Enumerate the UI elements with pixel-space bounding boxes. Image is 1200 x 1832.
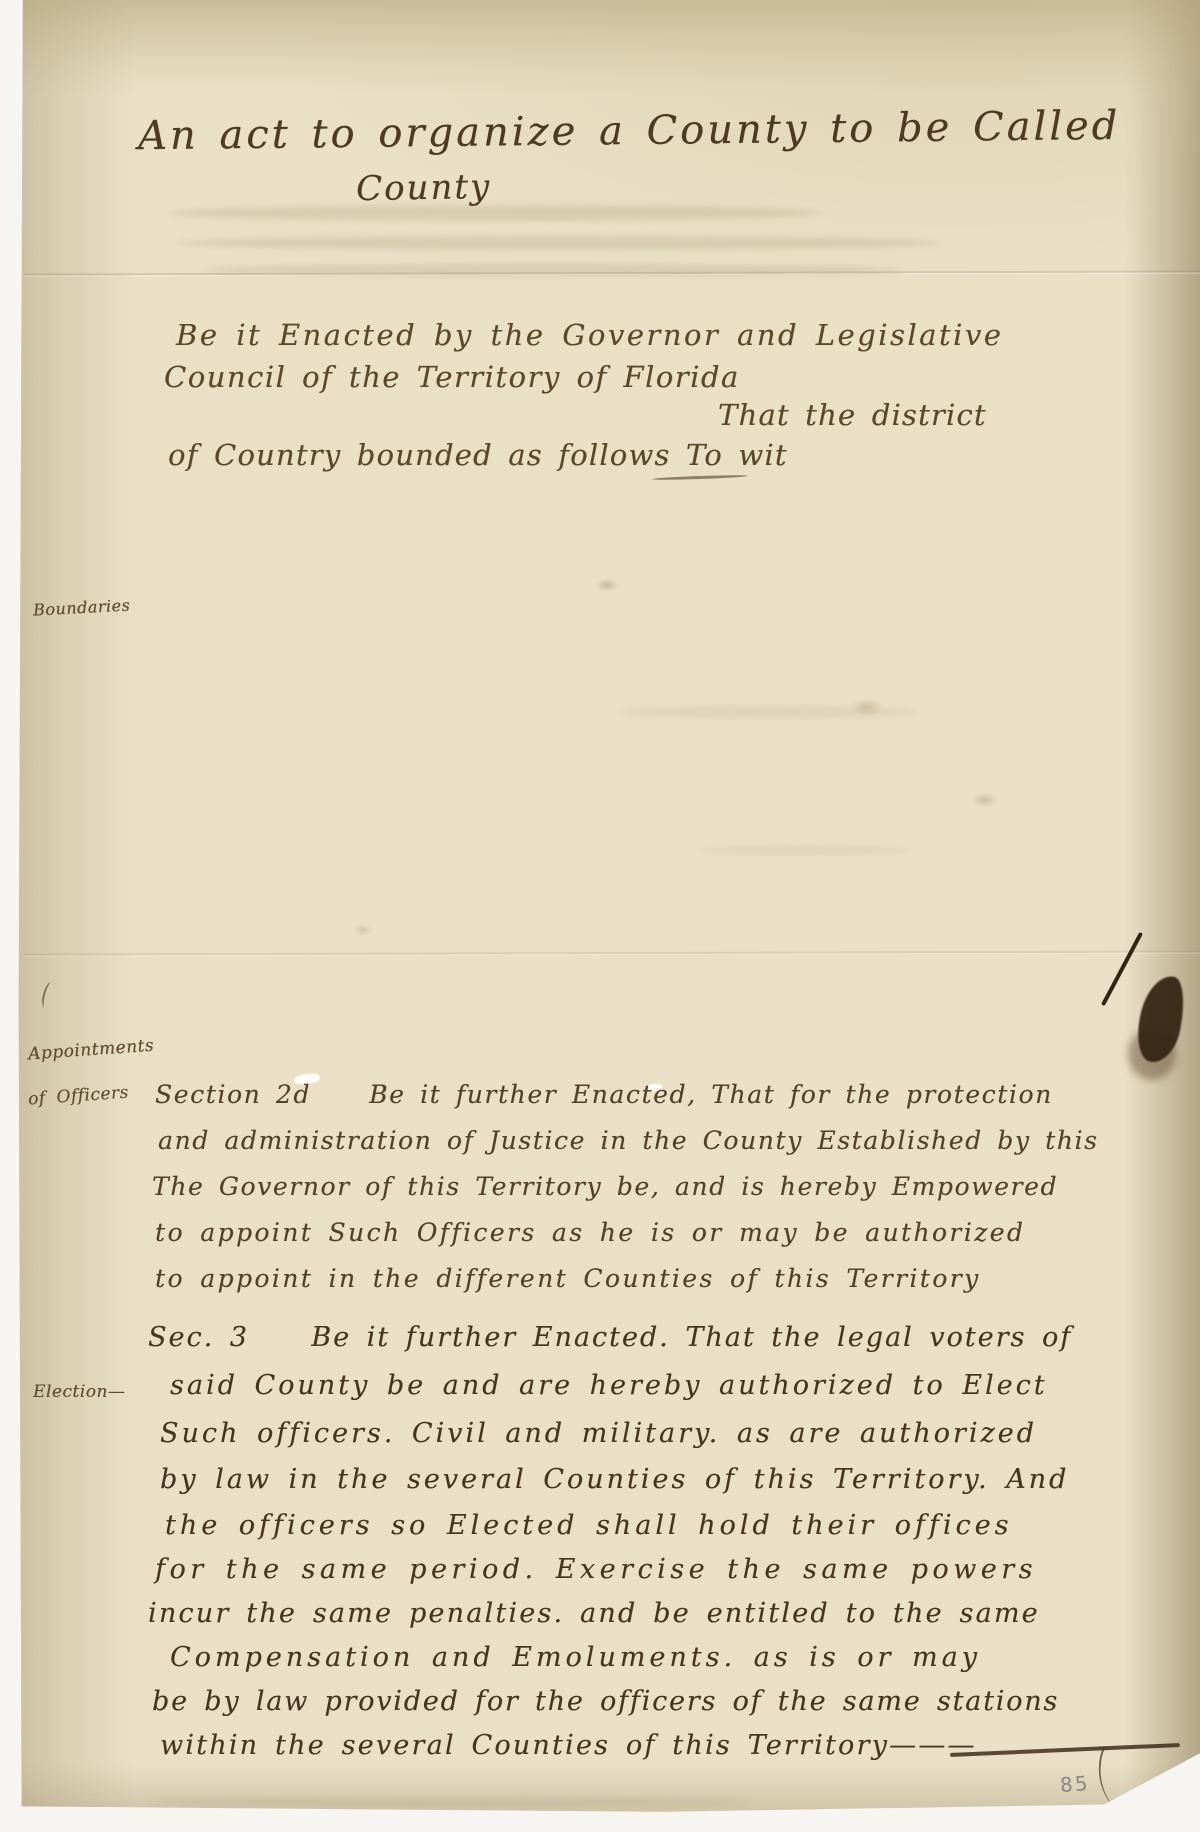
bleedthrough-ghost-text (202, 264, 902, 276)
bleedthrough-ghost-text (170, 205, 820, 221)
enacting-clause-line: Be it Enacted by the Governor and Legisl… (176, 318, 1003, 352)
section3-line: within the several Counties of this Terr… (160, 1730, 977, 1761)
section3-line: Such officers. Civil and military. as ar… (160, 1418, 1037, 1449)
act-title-line1: An act to organize a County to be Called (138, 103, 1121, 159)
page-number: 85 (1059, 1771, 1090, 1797)
margin-note-appointments-line1: Appointments (27, 1036, 154, 1065)
ink-blot-spike (1101, 932, 1143, 1006)
bleedthrough-ghost-text (700, 845, 910, 855)
margin-note-boundaries: Boundaries (33, 595, 131, 619)
section2-line: to appoint in the different Counties of … (155, 1264, 981, 1293)
act-title-line2: County (356, 167, 492, 209)
paper-stain (350, 922, 376, 938)
section3-line: the officers so Elected shall hold their… (165, 1510, 1012, 1541)
margin-note-election: Election— (33, 1382, 125, 1402)
section3-line: said County be and are hereby authorized… (170, 1370, 1048, 1401)
section2-line: to appoint Such Officers as he is or may… (155, 1218, 1025, 1247)
margin-note-appointments-line2: of Officers (27, 1083, 129, 1110)
section2-line: The Governor of this Territory be, and i… (152, 1172, 1058, 1201)
bleedthrough-ghost-text (178, 236, 938, 250)
ink-blot (1131, 972, 1190, 1067)
manuscript-page: An act to organize a County to be Called… (0, 0, 1200, 1832)
section2-line: Section 2d Be it further Enacted, That f… (155, 1080, 1053, 1109)
section3-line: Compensation and Emoluments. as is or ma… (170, 1642, 981, 1673)
bleedthrough-ghost-text (150, 1797, 750, 1807)
section3-line: by law in the several Counties of this T… (160, 1464, 1069, 1495)
closing-dash-flourish (950, 1743, 1180, 1757)
section3-line: for the same period. Exercise the same p… (155, 1554, 1037, 1585)
section3-line: Sec. 3 Be it further Enacted. That the l… (148, 1322, 1072, 1353)
enacting-clause-line: Council of the Territory of Florida (164, 360, 740, 394)
paper-stain (845, 695, 889, 719)
section3-line: be by law provided for the officers of t… (152, 1686, 1059, 1717)
paper-stain (968, 790, 1002, 810)
fold-crease (24, 950, 1200, 955)
pen-swash-flourish (1081, 1747, 1158, 1823)
section2-line: and administration of Justice in the Cou… (158, 1126, 1099, 1155)
section3-line: incur the same penalties. and be entitle… (148, 1598, 1040, 1629)
enacting-clause-line: of Country bounded as follows To wit (168, 438, 788, 472)
scanned-document: An act to organize a County to be Called… (0, 0, 1200, 1832)
margin-flourish-mark (40, 981, 56, 1009)
enacting-clause-line: That the district (718, 398, 987, 432)
to-wit-underline (652, 474, 748, 480)
paper-stain (592, 576, 622, 594)
